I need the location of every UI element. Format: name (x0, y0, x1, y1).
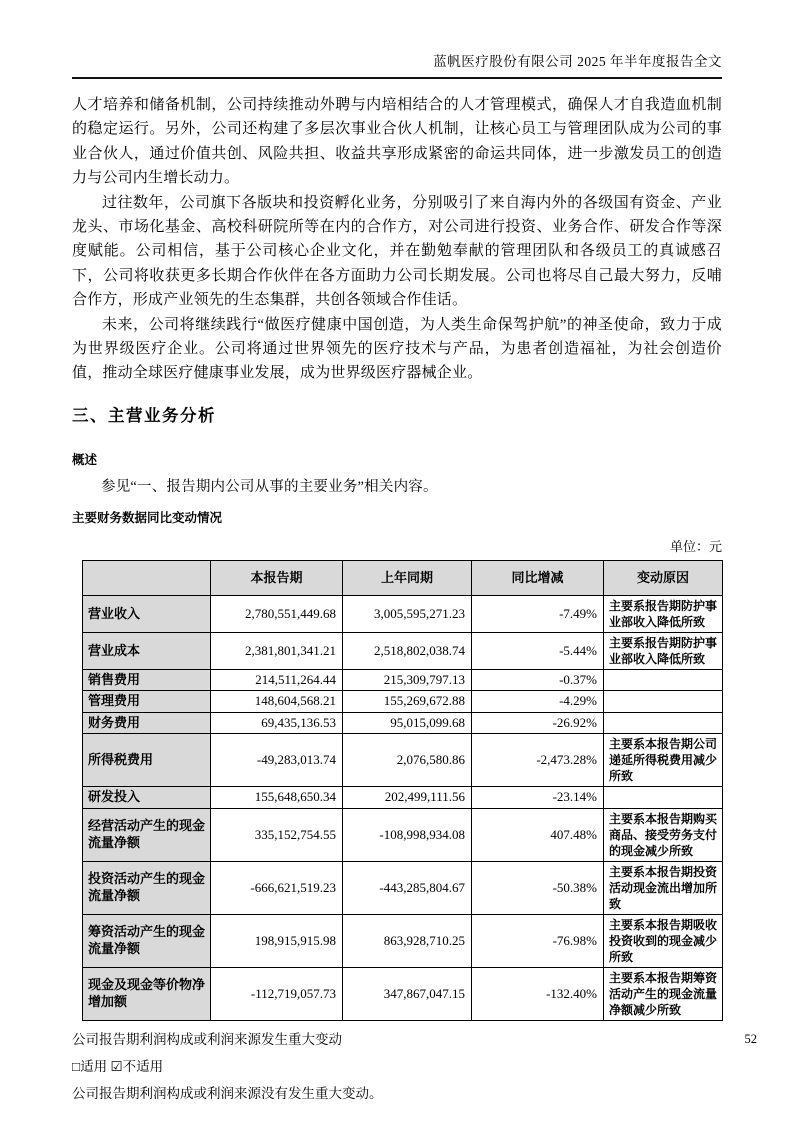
header-title: 蓝帆医疗股份有限公司 2025 年半年度报告全文 (433, 54, 722, 69)
current-value: 335,152,754.55 (211, 808, 343, 861)
financial-comparison-table: 本报告期 上年同期 同比增减 变动原因 营业收入 2,780,551,449.6… (82, 560, 723, 1021)
prior-value: 2,076,580.86 (343, 734, 472, 787)
row-label: 研发投入 (83, 787, 211, 809)
change-reason: 主要系本报告期吸收投资收到的现金减少所致 (604, 914, 723, 967)
section-heading-main-business: 三、主营业务分析 (72, 402, 722, 426)
overview-text: 参见“一、报告期内公司从事的主要业务”相关内容。 (72, 478, 722, 496)
page-content: 人才培养和储备机制，公司持续推动外聘与内培相结合的人才管理模式，确保人才自我造血… (72, 93, 722, 1102)
current-value: 214,511,264.44 (211, 669, 343, 691)
change-reason: 主要系本报告期投资活动现金流出增加所致 (604, 861, 723, 914)
change-value: -2,473.28% (472, 734, 604, 787)
prior-value: 155,269,672.88 (343, 691, 472, 713)
applicability-checkboxes: □适用 ☑不适用 (72, 1058, 722, 1075)
prior-value: 3,005,595,271.23 (343, 595, 472, 632)
change-value: -0.37% (472, 669, 604, 691)
paragraph-future-mission: 未来，公司将继续践行“做医疗健康中国创造，为人类生命保驾护航”的神圣使命，致力于… (72, 313, 722, 386)
table-row-net-cash-increase: 现金及现金等价物净增加额 -112,719,057.73 347,867,047… (83, 967, 723, 1020)
note-profit-no-change: 公司报告期利润构成或利润来源没有发生重大变动。 (72, 1085, 722, 1102)
current-value: 198,915,915.98 (211, 914, 343, 967)
change-value: -132.40% (472, 967, 604, 1020)
note-profit-change: 公司报告期利润构成或利润来源发生重大变动 (72, 1031, 722, 1048)
table-row-operating-cost: 营业成本 2,381,801,341.21 2,518,802,038.74 -… (83, 632, 723, 669)
table-row-finance-expense: 财务费用 69,435,136.53 95,015,099.68 -26.92% (83, 712, 723, 734)
col-header-change-reason: 变动原因 (604, 560, 723, 595)
table-row-admin-expense: 管理费用 148,604,568.21 155,269,672.88 -4.29… (83, 691, 723, 713)
prior-value: -108,998,934.08 (343, 808, 472, 861)
current-value: 155,648,650.34 (211, 787, 343, 809)
prior-value: 347,867,047.15 (343, 967, 472, 1020)
change-value: -7.49% (472, 595, 604, 632)
change-reason (604, 691, 723, 713)
change-reason: 主要系本报告期购买商品、接受劳务支付的现金减少所致 (604, 808, 723, 861)
change-reason (604, 712, 723, 734)
table-row-operating-cashflow: 经营活动产生的现金流量净额 335,152,754.55 -108,998,93… (83, 808, 723, 861)
change-reason: 主要系本报告期公司递延所得税费用减少所致 (604, 734, 723, 787)
row-label: 经营活动产生的现金流量净额 (83, 808, 211, 861)
change-value: -50.38% (472, 861, 604, 914)
prior-value: 95,015,099.68 (343, 712, 472, 734)
current-value: -49,283,013.74 (211, 734, 343, 787)
change-reason: 主要系本报告期筹资活动产生的现金流量净额减少所致 (604, 967, 723, 1020)
unit-label: 单位：元 (72, 536, 722, 555)
prior-value: 215,309,797.13 (343, 669, 472, 691)
change-reason: 主要系报告期防护事业部收入降低所致 (604, 632, 723, 669)
change-reason: 主要系报告期防护事业部收入降低所致 (604, 595, 723, 632)
col-header-prior-period: 上年同期 (343, 560, 472, 595)
col-header-current-period: 本报告期 (211, 560, 343, 595)
row-label: 现金及现金等价物净增加额 (83, 967, 211, 1020)
prior-value: 202,499,111.56 (343, 787, 472, 809)
col-header-yoy-change: 同比增减 (472, 560, 604, 595)
row-label: 营业成本 (83, 632, 211, 669)
page-number: 52 (745, 1032, 758, 1047)
overview-label: 概述 (72, 450, 722, 468)
table-row-selling-expense: 销售费用 214,511,264.44 215,309,797.13 -0.37… (83, 669, 723, 691)
change-value: -26.92% (472, 712, 604, 734)
paragraph-partnership: 过往数年，公司旗下各版块和投资孵化业务，分别吸引了来自海内外的各级国有资金、产业… (72, 191, 722, 313)
table-header-row: 本报告期 上年同期 同比增减 变动原因 (83, 560, 723, 595)
paragraph-talent-mechanism: 人才培养和储备机制，公司持续推动外聘与内培相结合的人才管理模式，确保人才自我造血… (72, 93, 722, 191)
current-value: -112,719,057.73 (211, 967, 343, 1020)
change-value: -23.14% (472, 787, 604, 809)
current-value: 148,604,568.21 (211, 691, 343, 713)
report-page: 蓝帆医疗股份有限公司 2025 年半年度报告全文 人才培养和储备机制，公司持续推… (0, 0, 794, 1123)
row-label: 管理费用 (83, 691, 211, 713)
row-label: 筹资活动产生的现金流量净额 (83, 914, 211, 967)
row-label: 财务费用 (83, 712, 211, 734)
current-value: 69,435,136.53 (211, 712, 343, 734)
table-title: 主要财务数据同比变动情况 (72, 508, 722, 526)
col-header-item (83, 560, 211, 595)
prior-value: 2,518,802,038.74 (343, 632, 472, 669)
current-value: 2,780,551,449.68 (211, 595, 343, 632)
table-row-income-tax: 所得税费用 -49,283,013.74 2,076,580.86 -2,473… (83, 734, 723, 787)
current-value: -666,621,519.23 (211, 861, 343, 914)
table-row-rd-investment: 研发投入 155,648,650.34 202,499,111.56 -23.1… (83, 787, 723, 809)
table-row-investing-cashflow: 投资活动产生的现金流量净额 -666,621,519.23 -443,285,8… (83, 861, 723, 914)
change-value: 407.48% (472, 808, 604, 861)
change-value: -4.29% (472, 691, 604, 713)
row-label: 所得税费用 (83, 734, 211, 787)
current-value: 2,381,801,341.21 (211, 632, 343, 669)
row-label: 投资活动产生的现金流量净额 (83, 861, 211, 914)
change-reason (604, 669, 723, 691)
table-row-operating-revenue: 营业收入 2,780,551,449.68 3,005,595,271.23 -… (83, 595, 723, 632)
change-reason (604, 787, 723, 809)
table-row-financing-cashflow: 筹资活动产生的现金流量净额 198,915,915.98 863,928,710… (83, 914, 723, 967)
prior-value: -443,285,804.67 (343, 861, 472, 914)
prior-value: 863,928,710.25 (343, 914, 472, 967)
change-value: -5.44% (472, 632, 604, 669)
row-label: 销售费用 (83, 669, 211, 691)
document-header: 蓝帆医疗股份有限公司 2025 年半年度报告全文 (72, 0, 722, 79)
row-label: 营业收入 (83, 595, 211, 632)
change-value: -76.98% (472, 914, 604, 967)
